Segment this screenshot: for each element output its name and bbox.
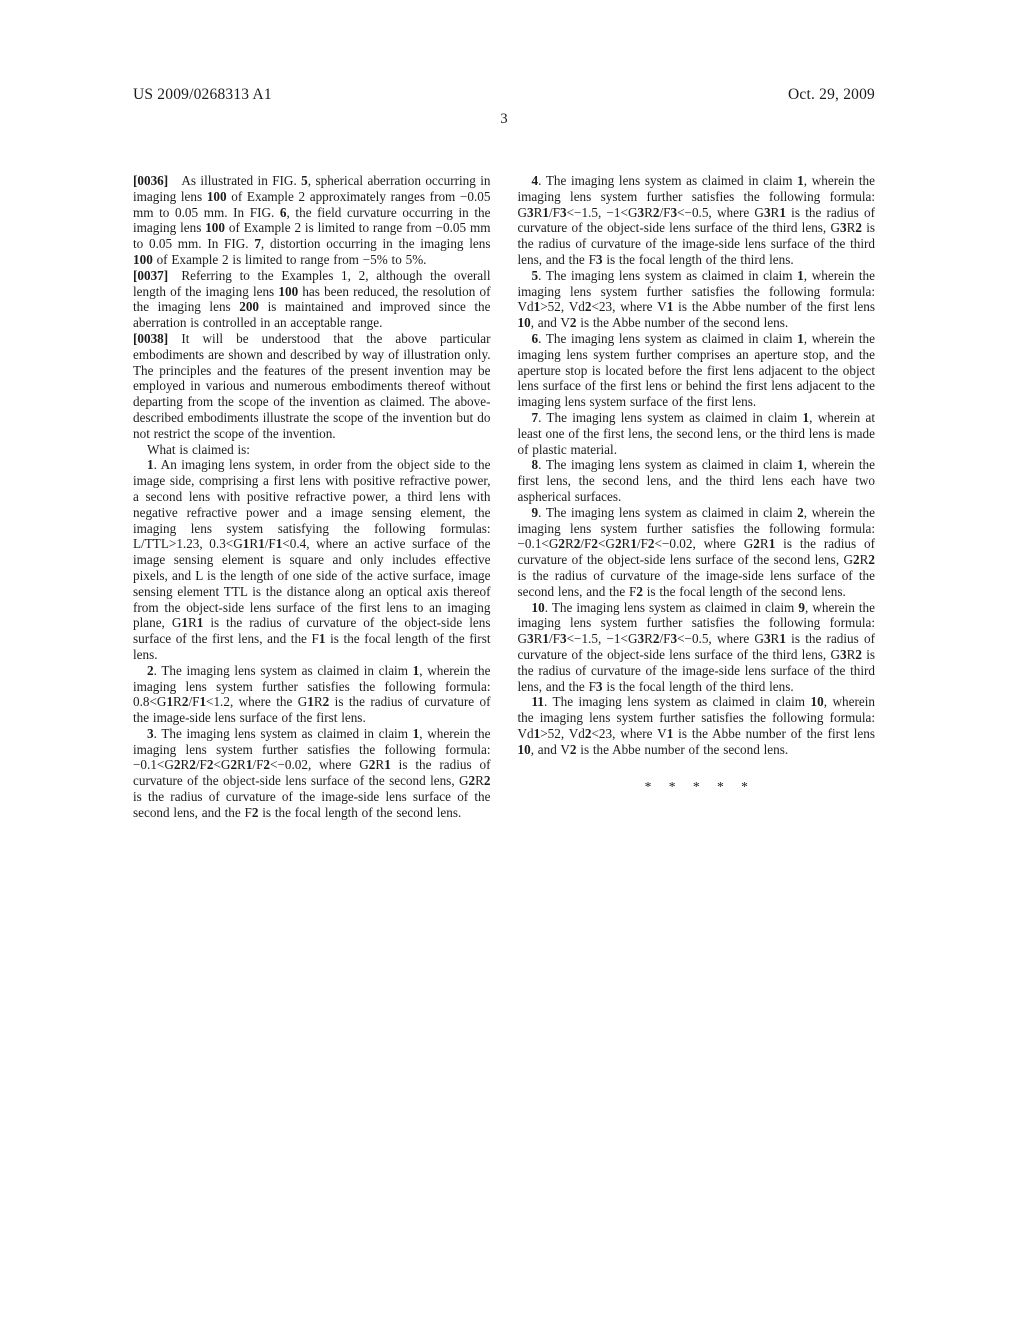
claim-8: 8. The imaging lens system as claimed in… — [518, 457, 876, 504]
claim-5: 5. The imaging lens system as claimed in… — [518, 268, 876, 331]
page-number: 3 — [133, 111, 875, 128]
claim-2: 2. The imaging lens system as claimed in… — [133, 663, 491, 726]
claim-6: 6. The imaging lens system as claimed in… — [518, 331, 876, 410]
claim-3: 3. The imaging lens system as claimed in… — [133, 726, 491, 821]
paragraph-0038: [0038] It will be understood that the ab… — [133, 331, 491, 442]
claims-preamble: What is claimed is: — [133, 442, 491, 458]
publication-date: Oct. 29, 2009 — [788, 86, 875, 104]
claim-1: 1. An imaging lens system, in order from… — [133, 457, 491, 662]
paragraph-0037: [0037] Referring to the Examples 1, 2, a… — [133, 268, 491, 331]
page-header: US 2009/0268313 A1 Oct. 29, 2009 — [133, 86, 875, 104]
claims-end-asterisks: * * * * * — [518, 779, 876, 795]
claim-11: 11. The imaging lens system as claimed i… — [518, 694, 876, 757]
patent-page: US 2009/0268313 A1 Oct. 29, 2009 3 [0036… — [0, 0, 1024, 1320]
text-columns: [0036] As illustrated in FIG. 5, spheric… — [133, 173, 875, 821]
claim-10: 10. The imaging lens system as claimed i… — [518, 600, 876, 695]
paragraph-0036: [0036] As illustrated in FIG. 5, spheric… — [133, 173, 491, 268]
claim-4: 4. The imaging lens system as claimed in… — [518, 173, 876, 268]
claim-9: 9. The imaging lens system as claimed in… — [518, 505, 876, 600]
left-column: [0036] As illustrated in FIG. 5, spheric… — [133, 173, 491, 821]
publication-number: US 2009/0268313 A1 — [133, 86, 272, 104]
claim-7: 7. The imaging lens system as claimed in… — [518, 410, 876, 457]
right-column: 4. The imaging lens system as claimed in… — [518, 173, 876, 821]
